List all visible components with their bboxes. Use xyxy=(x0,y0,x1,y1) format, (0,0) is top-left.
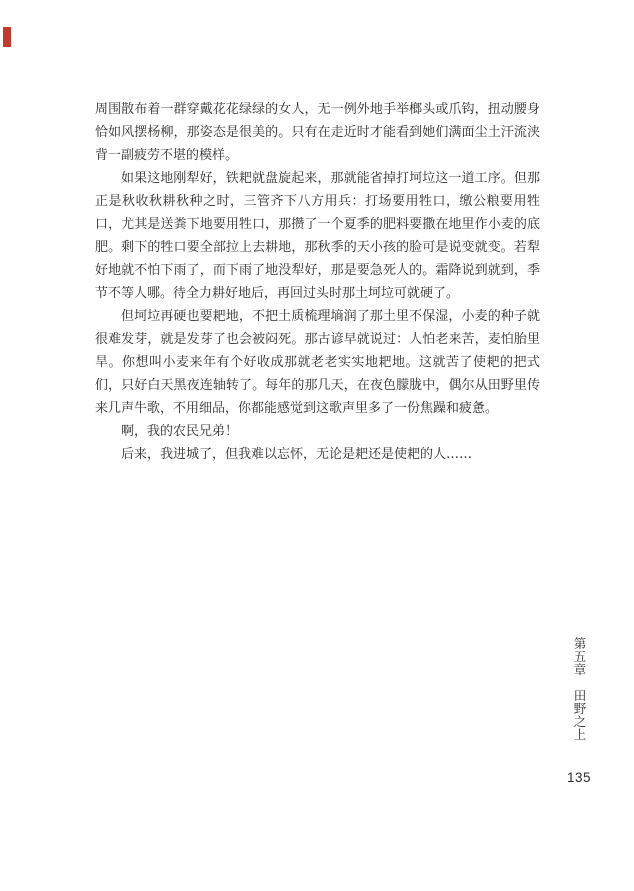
chapter-title-label: 田野之上 xyxy=(572,689,587,741)
paragraph: 如果这地刚犁好，铁耙就盘旋起来，那就能省掉打坷垃这一道工序。但那正是秋收秋耕秋种… xyxy=(95,167,540,305)
paragraph: 后来，我进城了，但我难以忘怀，无论是耙还是使耙的人…… xyxy=(95,443,540,466)
paragraph: 周围散布着一群穿戴花花绿绿的女人，无一例外地手举榔头或爪钩，扭动腰身恰如风摆杨柳… xyxy=(95,98,540,167)
chapter-marker: 第五章田野之上 xyxy=(570,637,588,767)
book-page: 周围散布着一群穿戴花花绿绿的女人，无一例外地手举榔头或爪钩，扭动腰身恰如风摆杨柳… xyxy=(0,0,634,891)
paragraph: 但坷垃再硬也要耙地，不把土质梳理墒润了那土里不保湿，小麦的种子就很难发芽，就是发… xyxy=(95,305,540,420)
paragraph: 啊，我的农民兄弟！ xyxy=(95,420,540,443)
page-number: 135 xyxy=(567,770,591,785)
red-corner-mark xyxy=(3,27,11,47)
chapter-number-label: 第五章 xyxy=(572,637,587,676)
body-text: 周围散布着一群穿戴花花绿绿的女人，无一例外地手举榔头或爪钩，扭动腰身恰如风摆杨柳… xyxy=(95,98,540,466)
